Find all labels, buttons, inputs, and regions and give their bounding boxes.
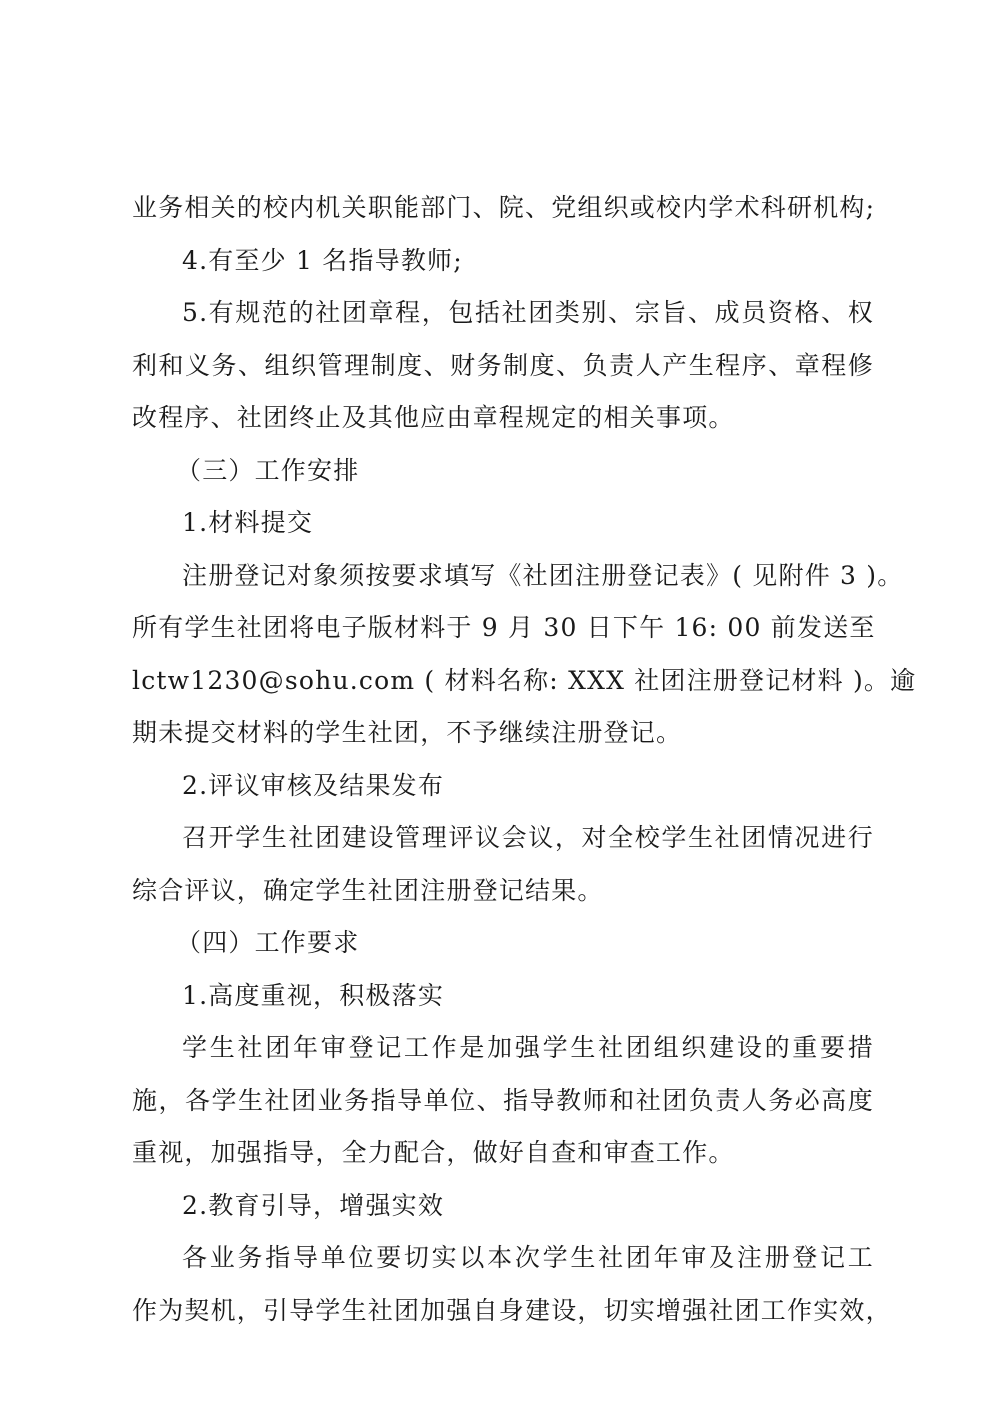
guidance-paragraph-line-1: 各业务指导单位要切实以本次学生社团年审及注册登记工 (132, 1236, 874, 1289)
requirement-item-5-line-3: 改程序、社团终止及其他应由章程规定的相关事项。 (132, 396, 874, 449)
submission-paragraph-line-4: 期未提交材料的学生社团，不予继续注册登记。 (132, 711, 874, 764)
requirement-item-5: 5.有规范的社团章程，包括社团类别、宗旨、成员资格、权 (132, 291, 874, 344)
subheading-attach-importance: 1.高度重视，积极落实 (132, 974, 874, 1027)
importance-paragraph-line-1: 学生社团年审登记工作是加强学生社团组织建设的重要措 (132, 1026, 874, 1079)
subheading-review-and-results: 2.评议审核及结果发布 (132, 764, 874, 817)
subheading-material-submission: 1.材料提交 (132, 501, 874, 554)
submission-paragraph-line-2: 所有学生社团将电子版材料于 9 月 30 日下午 16: 00 前发送至 (132, 606, 874, 659)
importance-paragraph-line-2: 施，各学生社团业务指导单位、指导教师和社团负责人务必高度 (132, 1079, 874, 1132)
guidance-paragraph-line-2: 作为契机，引导学生社团加强自身建设，切实增强社团工作实效， (132, 1289, 874, 1342)
requirement-item-5-line-2: 利和义务、组织管理制度、财务制度、负责人产生程序、章程修 (132, 344, 874, 397)
eligibility-line-continuation: 业务相关的校内机关职能部门、院、党组织或校内学术科研机构; (132, 186, 874, 239)
document-page: 业务相关的校内机关职能部门、院、党组织或校内学术科研机构; 4.有至少 1 名指… (132, 186, 874, 1341)
section-heading-work-requirements: （四）工作要求 (132, 921, 874, 974)
submission-paragraph-email-line: lctw1230@sohu.com ( 材料名称: XXX 社团注册登记材料 )… (132, 659, 874, 712)
review-paragraph-line-1: 召开学生社团建设管理评议会议，对全校学生社团情况进行 (132, 816, 874, 869)
review-paragraph-line-2: 综合评议，确定学生社团注册登记结果。 (132, 869, 874, 922)
submission-paragraph-line-1: 注册登记对象须按要求填写《社团注册登记表》( 见附件 3 )。 (132, 554, 874, 607)
requirement-item-4: 4.有至少 1 名指导教师; (132, 239, 874, 292)
importance-paragraph-line-3: 重视，加强指导，全力配合，做好自查和审查工作。 (132, 1131, 874, 1184)
section-heading-work-arrangement: （三）工作安排 (132, 449, 874, 502)
subheading-education-guidance: 2.教育引导，增强实效 (132, 1184, 874, 1237)
